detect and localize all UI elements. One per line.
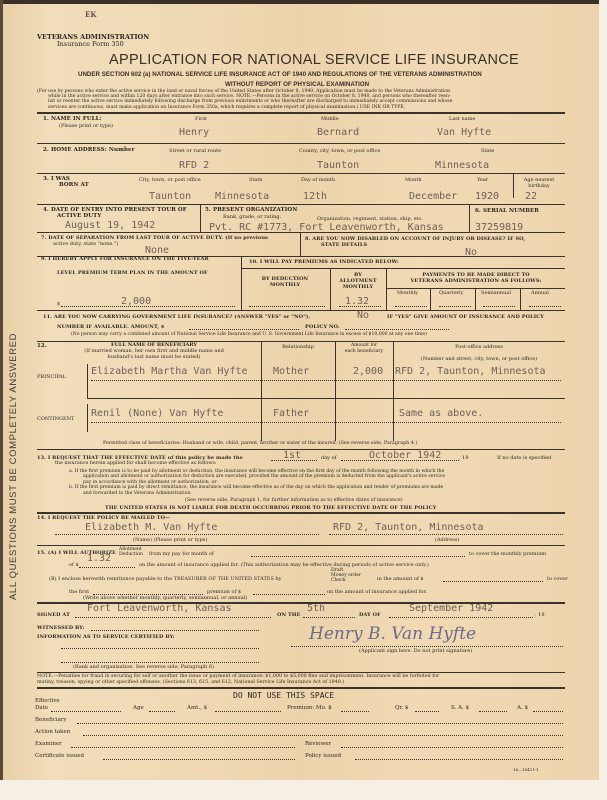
birth-city-label: City, town, or post office	[139, 177, 201, 183]
monthly-premium-field[interactable]: 1.32	[87, 553, 111, 564]
allotment-deduction-choice[interactable]: AllotmentDeduction	[119, 547, 143, 557]
divider	[300, 232, 301, 256]
dotted-line	[341, 711, 369, 712]
divider	[200, 204, 201, 232]
divider	[37, 232, 565, 233]
birth-state-field[interactable]: Minnesota	[215, 191, 269, 202]
allotment-field[interactable]: 1.32	[345, 296, 369, 307]
day-of-label: day of	[321, 455, 336, 461]
year-prefix-2: , 19	[535, 612, 545, 618]
divider	[475, 288, 476, 310]
signed-month-field[interactable]: September 1942	[409, 603, 493, 614]
q3-label-2: BORN AT	[59, 182, 89, 188]
divider	[37, 204, 565, 205]
state-label: State	[481, 148, 494, 154]
effective-day-field[interactable]: 1st	[283, 450, 301, 461]
city-field[interactable]: Taunton	[317, 160, 359, 171]
dollar-sign: $	[57, 301, 60, 307]
q15a-of: of $	[69, 562, 79, 568]
office-policy-label: Policy issued	[305, 753, 341, 759]
q11-amount-label: NUMBER IF AVAILABLE. AMOUNT, $	[57, 324, 165, 330]
effective-month-field[interactable]: October 1942	[369, 450, 441, 461]
office-qr-label: Qr. $	[395, 705, 409, 711]
dotted-line	[415, 711, 439, 712]
office-use-title: DO NOT USE THIS SPACE	[233, 691, 334, 700]
witness-field[interactable]	[91, 630, 259, 631]
certified-by-label: INFORMATION AS TO SERVICE CERTIFIED BY:	[37, 634, 175, 640]
principal-address-field[interactable]: RFD 2, Taunton, Minnesota	[395, 366, 546, 377]
signed-day-field[interactable]: 5th	[307, 603, 325, 614]
form-subtitle-2: WITHOUT REPORT OF PHYSICAL EXAMINATION	[225, 81, 369, 88]
instructions: (For use by persons who enter the active…	[37, 89, 452, 110]
divider	[513, 174, 514, 198]
divider	[241, 256, 242, 310]
birth-month-label: Month	[405, 177, 422, 183]
dotted-line	[149, 711, 175, 712]
q12-label: 12.	[37, 343, 47, 349]
office-action-label: Action taken	[35, 729, 70, 735]
dotted-line	[103, 759, 295, 760]
last-name-field[interactable]: Van Hyfte	[437, 127, 491, 138]
contingent-relationship-field[interactable]: Father	[273, 408, 309, 419]
quarterly-label: Quarterly	[439, 290, 463, 296]
rank-org-field[interactable]	[61, 662, 259, 663]
side-instruction: ALL QUESTIONS MUST BE COMPLETELY ANSWERE…	[8, 333, 19, 600]
middle-name-field[interactable]: Bernard	[317, 127, 359, 138]
dotted-line	[51, 711, 121, 712]
office-a-label: A. $	[517, 705, 528, 711]
dotted-line	[329, 534, 563, 535]
birth-month-field[interactable]: December	[409, 191, 457, 202]
divider	[37, 310, 565, 311]
rank-label: Rank, grade, or rating.	[223, 214, 281, 220]
q15a-end: to cover the monthly premium	[469, 551, 546, 557]
address-header: Post-office address(Number and street, c…	[393, 344, 565, 362]
dotted-line	[479, 711, 507, 712]
q8-label-2: STATE DETAILS	[321, 242, 367, 248]
dotted-line	[79, 567, 135, 568]
divider	[37, 672, 565, 673]
divider	[520, 288, 521, 310]
remittance-method-choice[interactable]: DraftMoney orderCheck	[331, 568, 361, 583]
contingent-name-field[interactable]: Renil (None) Van Hyfte	[91, 408, 223, 419]
bracket	[87, 404, 88, 432]
q15a-line2: on the amount of insurance applied for. …	[139, 562, 429, 568]
q15b-end: to cover	[547, 576, 568, 582]
entry-date-field[interactable]: August 19, 1942	[65, 220, 155, 231]
q4-label-2: ACTIVE DUTY	[57, 213, 101, 219]
semiannual-field[interactable]	[483, 306, 515, 307]
monthly-field[interactable]	[395, 306, 427, 307]
office-amt-label: Amt., $	[187, 705, 207, 711]
dotted-line	[71, 747, 295, 748]
deduction-field[interactable]	[249, 306, 325, 307]
pay-month-field[interactable]	[251, 556, 465, 557]
amount-field[interactable]	[189, 329, 299, 330]
remittance-amount-field[interactable]	[443, 581, 543, 582]
q10-label: 10. I WILL PAY PREMIUMS AS INDICATED BEL…	[249, 259, 399, 265]
q15b-applied: on the amount of insurance applied for.	[327, 589, 427, 595]
signed-place-field[interactable]: Fort Leavenworth, Kansas	[87, 603, 232, 614]
dotted-line	[355, 759, 563, 760]
form-code: EK	[85, 10, 96, 19]
beneficiary-name-header: FULL NAME OF BENEFICIARY(If married woma…	[59, 342, 249, 360]
semiannual-label: Semiannual	[481, 290, 511, 296]
birth-state-label: State	[249, 177, 262, 183]
mail-address-field[interactable]: RFD 2, Taunton, Minnesota	[333, 522, 484, 533]
q7-label-2: active duty, state "none.")	[53, 241, 118, 247]
street-label: Street or rural route	[169, 148, 221, 154]
first-name-field[interactable]: Henry	[179, 127, 209, 138]
signature-hint: (Applicant sign here. Do not print signa…	[359, 648, 472, 654]
dotted-line	[533, 711, 563, 712]
year-prefix: , 19	[459, 455, 469, 461]
divider	[430, 288, 431, 310]
divider	[37, 173, 565, 174]
divider	[37, 512, 565, 514]
dotted-line	[83, 735, 563, 736]
dotted-line	[389, 617, 533, 618]
birth-year-field[interactable]: 1920	[475, 191, 499, 202]
rank-hint: (Rank and organization. See reverse side…	[73, 664, 214, 670]
form-title: APPLICATION FOR NATIONAL SERVICE LIFE IN…	[109, 52, 519, 68]
q11-label-b: IF "YES" GIVE AMOUNT OF INSURANCE AND PO…	[387, 314, 544, 320]
annual-field[interactable]	[529, 306, 561, 307]
dotted-line	[77, 723, 563, 724]
separation-date-field[interactable]: None	[145, 245, 169, 256]
permitted-beneficiaries: Permitted class of beneficiaries: Husban…	[103, 441, 417, 447]
print-code: 16—18411-1	[513, 767, 539, 773]
q15b-hint: (Write above whether monthly, quarterly,…	[83, 595, 247, 601]
divider	[469, 204, 470, 232]
signed-at-label: SIGNED AT	[37, 612, 70, 618]
q6-label: 6. SERIAL NUMBER	[475, 208, 539, 214]
divider	[261, 341, 262, 441]
applicant-signature[interactable]: Henry B. Van Hyfte	[309, 624, 476, 644]
witnessed-by-label: WITNESSED BY:	[37, 625, 84, 631]
q9-label: 9. I HEREBY APPLY FOR INSURANCE ON THE F…	[41, 256, 209, 262]
office-beneficiary-label: Beneficiary	[35, 717, 67, 723]
q11-note: (No person may carry a combined amount o…	[71, 332, 427, 338]
divider	[37, 687, 565, 689]
dotted-line	[215, 711, 281, 712]
street-field[interactable]: RFD 2	[179, 160, 209, 171]
dotted-line	[291, 646, 563, 647]
direct-payment-label: PAYMENTS TO BE MADE DIRECT TOVETERANS AD…	[387, 272, 565, 284]
q14-label: 14. I REQUEST THE POLICY BE MAILED TO—	[37, 515, 170, 521]
no-date-note: If no date is specified	[497, 455, 551, 461]
day-of-label-2: DAY OF	[359, 612, 381, 618]
state-field[interactable]: Minnesota	[435, 160, 489, 171]
divider	[37, 143, 565, 144]
q9-label-2: LEVEL PREMIUM TERM PLAN IN THE AMOUNT OF	[57, 270, 208, 276]
dotted-line	[91, 422, 561, 423]
on-the-label: ON THE	[277, 612, 301, 618]
bracket	[87, 364, 88, 398]
q15b-mid: in the amount of $	[377, 576, 424, 582]
divider	[37, 545, 565, 546]
first-name-label: First	[195, 116, 207, 122]
birth-year-label: Year	[477, 177, 488, 183]
q11-label: 11. ARE YOU NOW CARRYING GOVERNMENT LIFE…	[43, 314, 310, 320]
office-certificate-label: Certificate issued	[35, 753, 84, 759]
mail-name-field[interactable]: Elizabeth M. Van Hyfte	[85, 522, 217, 533]
age-field[interactable]: 22	[525, 191, 537, 202]
mail-name-label: (Name) (Please print or type)	[133, 537, 207, 543]
q13-line2: the insurance herein applied for shall b…	[55, 461, 216, 467]
quarterly-field[interactable]	[439, 306, 471, 307]
dotted-line	[341, 747, 563, 748]
last-name-label: Last name	[449, 116, 475, 122]
policy-no-field[interactable]	[345, 329, 449, 330]
principal-name-field[interactable]: Elizabeth Martha Van Hyfte	[91, 366, 248, 377]
q13-conditions: a. If the first premium is to be paid by…	[69, 469, 445, 496]
county-label: County, city, town, or post office	[299, 148, 380, 154]
application-form: EK VETERANS ADMINISTRATION Insurance For…	[3, 0, 599, 780]
principal-amount-field[interactable]: 2,000	[353, 366, 383, 377]
effective-label: Effective	[35, 698, 60, 704]
date-label: Date	[35, 705, 48, 711]
penalty-note: NOTE.—Penalties for fraud in securing fo…	[37, 674, 439, 685]
contingent-label: CONTINGENT	[37, 416, 74, 422]
mail-address-label: (Address)	[435, 537, 459, 543]
divider	[37, 112, 565, 114]
q1-hint: (Please print or type)	[59, 123, 113, 129]
dotted-line	[303, 617, 355, 618]
office-reviewer-label: Reviewer	[305, 741, 331, 747]
policy-no-label: POLICY NO.	[305, 324, 340, 330]
q13-see-reverse: (See reverse side, Paragraph 1, for furt…	[185, 498, 403, 504]
allotment-label: BYALLOTMENTMONTHLY	[331, 272, 385, 290]
principal-relationship-field[interactable]: Mother	[273, 366, 309, 377]
birth-city-field[interactable]: Taunton	[149, 191, 191, 202]
not-liable-notice: THE UNITED STATES IS NOT LIABLE FOR DEAT…	[105, 505, 436, 511]
q5-label: 5. PRESENT ORGANIZATION	[205, 207, 297, 213]
divider	[335, 341, 336, 441]
principal-label: PRINCIPAL	[37, 374, 66, 380]
q1-label: 1. NAME IN FULL:	[43, 116, 102, 122]
insurance-amount-field[interactable]: 2,000	[121, 296, 151, 307]
office-age-label: Age	[133, 705, 144, 711]
deduction-label: BY DEDUCTIONMONTHLY	[243, 276, 327, 288]
dotted-line	[75, 617, 271, 618]
govt-insurance-field[interactable]: No	[357, 310, 369, 321]
birth-day-label: Day of month	[301, 177, 335, 183]
form-subtitle: UNDER SECTION 602 (a) NATIONAL SERVICE L…	[78, 71, 482, 78]
birth-day-field[interactable]: 12th	[303, 191, 327, 202]
annual-label: Annual	[531, 290, 549, 296]
age-label: Age nearestbirthday	[515, 177, 563, 189]
office-examiner-label: Examiner	[35, 741, 62, 747]
q2-label: 2. HOME ADDRESS: Number	[43, 147, 135, 153]
divider	[241, 268, 565, 269]
relationship-header: Relationship	[261, 344, 335, 350]
dotted-line	[91, 380, 561, 381]
middle-name-label: Middle	[321, 116, 339, 122]
dotted-line	[55, 534, 319, 535]
office-sa-label: S. A. $	[451, 705, 469, 711]
form-number: Insurance Form 350	[57, 40, 124, 48]
divider	[87, 398, 565, 399]
q15a-mid: from my pay for month of	[149, 551, 214, 557]
monthly-label: Monthly	[397, 290, 418, 296]
office-premium-label: Premium: Mo. $	[287, 705, 332, 711]
contingent-address-field[interactable]: Same as above.	[399, 408, 483, 419]
amount-header: Amount foreach beneficiary	[335, 343, 393, 355]
q15b-label: (B) I enclose herewith remittance payabl…	[49, 576, 282, 582]
premium-amount-field[interactable]	[253, 594, 325, 595]
certifier-field[interactable]	[61, 648, 259, 649]
